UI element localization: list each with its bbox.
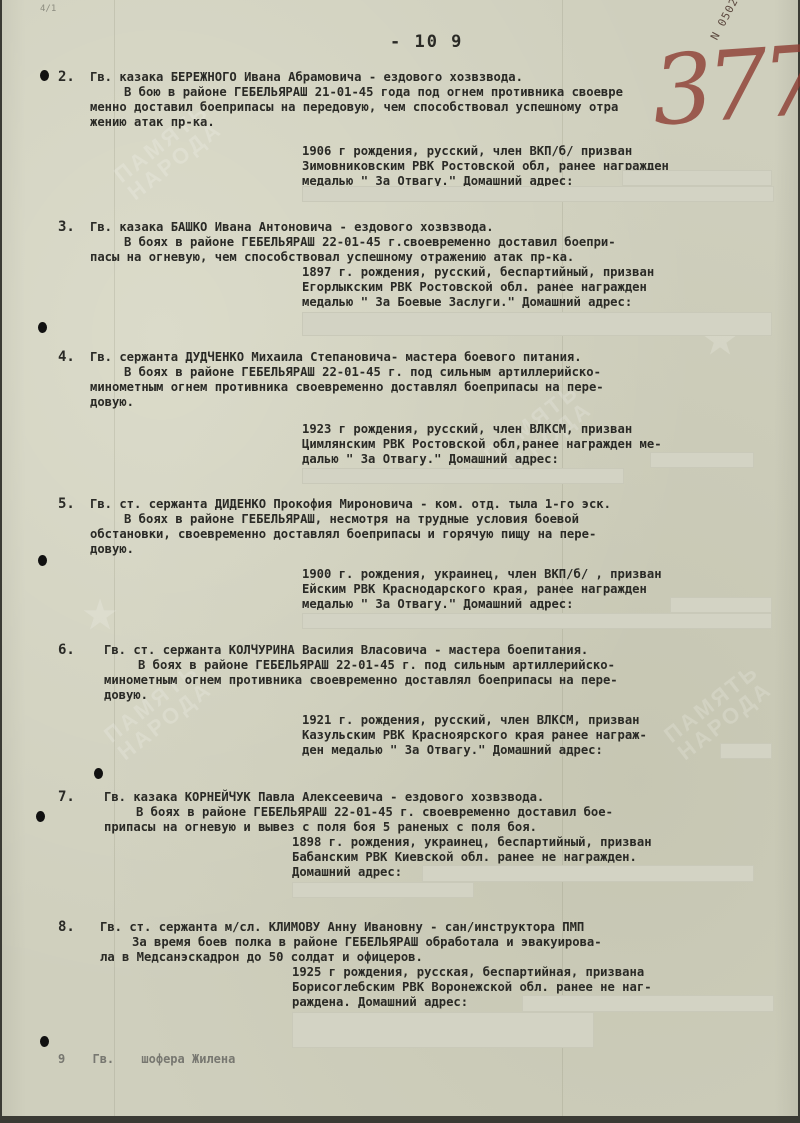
entry-bio-line: 1925 г рождения, русская, беспартийная, …	[292, 965, 644, 981]
entry-bio-line: раждена. Домашний адрес:	[292, 995, 468, 1011]
entry-bio-line: медалью " За Боевые Заслуги." Домашний а…	[302, 295, 632, 311]
redacted-address	[670, 597, 772, 613]
redacted-address	[622, 170, 772, 186]
entry-bio-line: 1921 г. рождения, русский, член ВЛКСМ, п…	[302, 713, 640, 729]
entry-bio-line: Домашний адрес:	[292, 865, 402, 881]
entry-header: Гв. ст. сержанта м/сл. КЛИМОВУ Анну Иван…	[100, 920, 584, 936]
punch-hole	[38, 555, 47, 566]
entry-number: 5.	[58, 497, 75, 513]
entry-bio-line: далью " За Отвагу." Домашний адрес:	[302, 452, 559, 468]
entry-header: Гв. казака КОРНЕЙЧУК Павла Алексеевича -…	[104, 790, 544, 806]
entry-bio-line: Бабанским РВК Киевской обл. ранее не наг…	[292, 850, 637, 866]
punch-hole	[38, 322, 47, 333]
entry-text-line: ла в Медсанэскадрон до 50 солдат и офице…	[100, 950, 423, 966]
redacted-address	[302, 312, 772, 336]
entry-text-line: В боях в районе ГЕБЕЛЬЯРАШ 22-01-45 г. с…	[136, 805, 613, 821]
watermark-star-icon: ★	[82, 575, 118, 645]
redacted-address	[302, 468, 624, 484]
entry-bio-line: Борисоглебским РВК Воронежской обл. ране…	[292, 980, 652, 996]
entry-bio-line: Зимовниковским РВК Ростовской обл, ранее…	[302, 159, 669, 175]
entry-text-line: В боях в районе ГЕБЕЛЬЯРАШ 22-01-45 г. п…	[138, 658, 615, 674]
entry-header: Гв. ст. сержанта КОЛЧУРИНА Василия Власо…	[104, 643, 588, 659]
entry-number: 7.	[58, 790, 75, 806]
entry-number: 3.	[58, 220, 75, 236]
archival-document-page: 4/1 - 10 9 N 0502 3779 ПАМЯТЬНАРОДА ПАМЯ…	[2, 0, 798, 1116]
entry-text-line: довую.	[104, 688, 148, 704]
entry-text-line: пасы на огневую, чем способствовал успеш…	[90, 250, 574, 266]
redacted-address	[292, 1012, 594, 1048]
entry-header: Гв. ст. сержанта ДИДЕНКО Прокофия Мироно…	[90, 497, 611, 513]
entry-text-line: довую.	[90, 395, 134, 411]
entry-text-line: В бою в районе ГЕБЕЛЬЯРАШ 21-01-45 года …	[124, 85, 623, 101]
redacted-address	[650, 452, 754, 468]
punch-hole	[94, 768, 103, 779]
entry-text-line: В боях в районе ГЕБЕЛЬЯРАШ, несмотря на …	[124, 512, 579, 528]
entry-text-line: довую.	[90, 542, 134, 558]
entry-number: 8.	[58, 920, 75, 936]
redacted-address	[720, 743, 772, 759]
punch-hole	[36, 811, 45, 822]
entry-text-line: жению атак пр-ка.	[90, 115, 215, 131]
page-number: - 10 9	[390, 32, 463, 52]
redacted-address	[302, 613, 772, 629]
entry-number: 2.	[58, 70, 75, 86]
punch-hole	[40, 1036, 49, 1047]
entry-bio-line: Ейским РВК Краснодарского края, ранее на…	[302, 582, 647, 598]
entry-text-line: За время боев полка в районе ГЕБЕЛЬЯРАШ …	[132, 935, 602, 951]
entry-bio-line: 1906 г рождения, русский, член ВКП/б/ пр…	[302, 144, 632, 160]
entry-bio-line: Казульским РВК Красноярского края ранее …	[302, 728, 647, 744]
entry-bio-line: 1900 г. рождения, украинец, член ВКП/б/ …	[302, 567, 662, 583]
entry-text-line: В боях в районе ГЕБЕЛЬЯРАШ 22-01-45 г. п…	[124, 365, 601, 381]
entry-text-line: минометным огнем противника своевременно…	[104, 673, 618, 689]
entry-text-line: минометным огнем противника своевременно…	[90, 380, 604, 396]
entry-number: 9	[58, 1052, 65, 1066]
entry-text-line: менно доставил боеприпасы на передовую, …	[90, 100, 618, 116]
entry-header: Гв. казака БАШКО Ивана Антоновича - ездо…	[90, 220, 494, 236]
entry-number: 4.	[58, 350, 75, 366]
entry-text-line: припасы на огневую и вывез с поля боя 5 …	[104, 820, 537, 836]
redacted-address	[522, 995, 774, 1012]
entry-text-line: Гв.	[92, 1052, 114, 1066]
punch-hole	[40, 70, 49, 81]
entry-text-line: обстановки, своевременно доставлял боепр…	[90, 527, 596, 543]
award-entry-faint: 9 Гв. шофера Жилена	[58, 1052, 255, 1066]
corner-pencil-mark: 4/1	[40, 4, 56, 14]
entry-bio-line: 1897 г. рождения, русский, беспартийный,…	[302, 265, 654, 281]
redacted-address	[292, 882, 474, 898]
entry-bio-line: Егорлыкским РВК Ростовской обл. ранее на…	[302, 280, 647, 296]
redacted-address	[302, 186, 774, 202]
entry-header: Гв. казака БЕРЕЖНОГО Ивана Абрамовича - …	[90, 70, 523, 86]
entry-number: 6.	[58, 643, 75, 659]
entry-bio-line: ден медалью " За Отвагу." Домашний адрес…	[302, 743, 603, 759]
entry-bio-line: 1898 г. рождения, украинец, беспартийный…	[292, 835, 652, 851]
entry-header: Гв. сержанта ДУДЧЕНКО Михаила Степанович…	[90, 350, 582, 366]
entry-bio-line: медалью " За Отвагу." Домашний адрес:	[302, 597, 574, 613]
entry-text-line: шофера Жилена	[141, 1052, 235, 1066]
handwritten-red-number: 3779	[649, 28, 800, 139]
entry-text-line: В боях в районе ГЕБЕЛЬЯРАШ 22-01-45 г.св…	[124, 235, 616, 251]
entry-bio-line: Цимлянским РВК Ростовской обл,ранее нагр…	[302, 437, 662, 453]
entry-bio-line: 1923 г рождения, русский, член ВЛКСМ, пр…	[302, 422, 632, 438]
redacted-address	[422, 865, 754, 882]
